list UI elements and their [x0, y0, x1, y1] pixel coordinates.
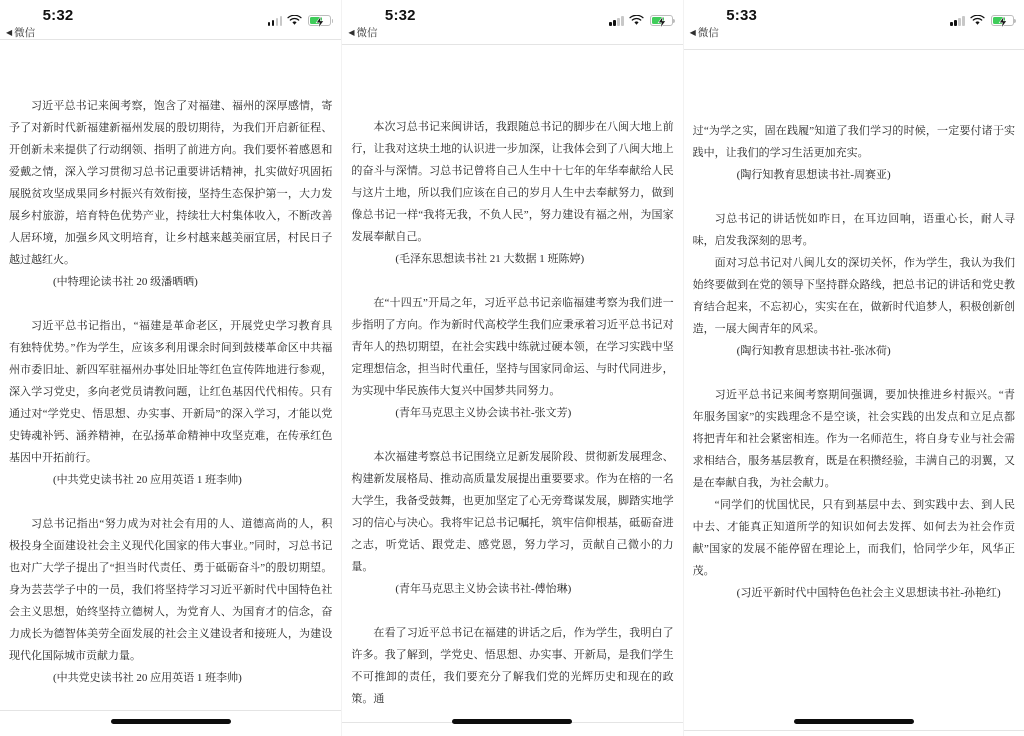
status-bar-divider [0, 39, 341, 40]
cellular-signal-icon [609, 16, 624, 26]
signature-line: (中共党史读书社 20 应用英语 1 班李帅) [9, 469, 332, 491]
back-app-label: 微信 [356, 27, 377, 39]
back-to-wechat-link[interactable]: ◀微信 [6, 25, 35, 40]
signature-line: (毛泽东思想读书社 21 大数据 1 班陈婷) [351, 248, 673, 270]
body-paragraph: 习总书记指出“努力成为对社会有用的人、道德高尚的人，积极投身全面建设社会主义现代… [9, 513, 332, 667]
signature-line: (陶行知教育思想读书社-张冰荷) [693, 340, 1015, 362]
body-paragraph: 过“为学之实，固在践履”知道了我们学习的时候，一定要付诸于实践中，让我们的学习生… [693, 120, 1015, 164]
status-bar-divider [684, 49, 1024, 50]
charging-bolt-icon [315, 16, 325, 28]
phone-screenshot-panel: 5:32 ◀微信 习近平总书记 [0, 0, 341, 736]
body-paragraph: 本次习总书记来闽讲话，我跟随总书记的脚步在八闽大地上前行，让我对这块土地的认识进… [351, 116, 673, 248]
body-paragraph: 习总书记的讲话恍如昨日，在耳边回响，语重心长，耐人寻味，启发我深刻的思考。 [693, 208, 1015, 252]
back-app-label: 微信 [14, 27, 35, 39]
back-arrow-icon: ◀ [690, 28, 696, 37]
back-to-wechat-link[interactable]: ◀微信 [348, 25, 377, 40]
phone-screenshot-panel: 5:32 ◀微信 本次习总书记 [341, 0, 682, 736]
signature-line: (青年马克思主义协会读书社-张文芳) [351, 402, 673, 424]
home-indicator[interactable] [794, 719, 914, 724]
status-time: 5:33 [720, 7, 764, 24]
status-bar: 5:32 ◀微信 [0, 0, 341, 40]
wifi-icon [629, 15, 644, 26]
status-time: 5:32 [378, 7, 422, 24]
body-paragraph: “同学们的忧国忧民，只有到基层中去、到实践中去、到人民中去、才能真正知道所学的知… [693, 494, 1015, 582]
back-arrow-icon: ◀ [6, 28, 12, 37]
status-bar-divider [342, 44, 682, 45]
status-time: 5:32 [36, 7, 80, 24]
body-paragraph: 面对习总书记对八闽儿女的深切关怀，作为学生，我认为我们始终要做到在党的领导下坚持… [693, 252, 1015, 340]
page-bottom-divider [0, 710, 341, 711]
wifi-icon [970, 15, 985, 26]
body-paragraph: 本次福建考察总书记围绕立足新发展阶段、贯彻新发展理念、构建新发展格局、推动高质量… [351, 446, 673, 578]
document-text: 过“为学之实，固在践履”知道了我们学习的时候，一定要付诸于实践中，让我们的学习生… [693, 120, 1015, 626]
charging-bolt-icon [657, 16, 667, 28]
battery-charging-icon [650, 15, 673, 26]
wifi-icon [287, 15, 302, 26]
back-to-wechat-link[interactable]: ◀微信 [690, 25, 719, 40]
home-indicator[interactable] [111, 719, 231, 724]
status-icons [950, 14, 1014, 26]
status-bar: 5:33 ◀微信 [684, 0, 1024, 40]
battery-charging-icon [308, 15, 331, 26]
battery-charging-icon [991, 15, 1014, 26]
body-paragraph: 在看了习近平总书记在福建的讲话之后，作为学生，我明白了许多。我了解到，学党史、悟… [351, 622, 673, 710]
cellular-signal-icon [950, 16, 965, 26]
phone-screenshot-panel: 5:33 ◀微信 过“为学之实 [683, 0, 1024, 736]
back-app-label: 微信 [698, 27, 719, 39]
document-text: 本次习总书记来闽讲话，我跟随总书记的脚步在八闽大地上前行，让我对这块土地的认识进… [351, 116, 673, 710]
signature-line: (中共党史读书社 20 应用英语 1 班李帅) [9, 667, 332, 689]
page-bottom-divider [684, 730, 1024, 731]
document-text: 习近平总书记来闽考察，饱含了对福建、福州的深厚感情，寄予了对新时代新福建新福州发… [9, 95, 332, 711]
body-paragraph: 习近平总书记来闽考察期间强调，要加快推进乡村振兴。“青年服务国家”的实践理念不是… [693, 384, 1015, 494]
status-bar: 5:32 ◀微信 [342, 0, 682, 40]
status-icons [268, 14, 332, 26]
cellular-signal-icon [268, 16, 283, 26]
signature-line: (青年马克思主义协会读书社-傅怡琳) [351, 578, 673, 600]
body-paragraph: 习近平总书记来闽考察，饱含了对福建、福州的深厚感情，寄予了对新时代新福建新福州发… [9, 95, 332, 271]
body-paragraph: 习近平总书记指出，“福建是革命老区，开展党史学习教育具有独特优势。”作为学生，应… [9, 315, 332, 469]
signature-line: (中特理论读书社 20 级潘晒晒) [9, 271, 332, 293]
home-indicator[interactable] [452, 719, 572, 724]
charging-bolt-icon [998, 16, 1008, 28]
signature-line: (习近平新时代中国特色色社会主义思想读书社-孙艳红) [693, 582, 1015, 604]
signature-line: (陶行知教育思想读书社-周赛亚) [693, 164, 1015, 186]
status-icons [609, 14, 673, 26]
stitched-screenshots: 5:32 ◀微信 习近平总书记 [0, 0, 1024, 736]
body-paragraph: 在“十四五”开局之年，习近平总书记亲临福建考察为我们进一步指明了方向。作为新时代… [351, 292, 673, 402]
back-arrow-icon: ◀ [348, 28, 354, 37]
